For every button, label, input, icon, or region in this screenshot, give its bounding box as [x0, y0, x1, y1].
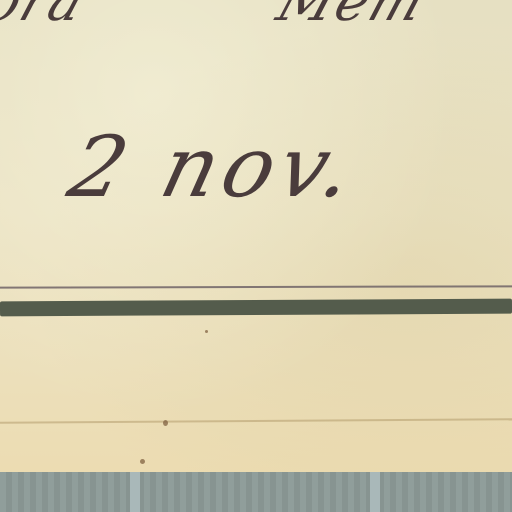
foxing-spot	[140, 459, 145, 464]
thick-rule-line	[0, 299, 512, 317]
paper-fold-crease	[0, 418, 512, 424]
handwritten-date: 2 nov.	[60, 118, 369, 216]
mount-stripe	[130, 472, 140, 512]
paper-sheet: ora Mem 2 nov.	[0, 0, 512, 472]
handwritten-fragment-right: Mem	[270, 0, 435, 33]
mounting-board	[0, 472, 512, 512]
foxing-spot	[205, 330, 208, 333]
handwritten-fragment-left: ora	[0, 0, 95, 33]
mount-stripe	[370, 472, 380, 512]
thin-rule-line	[0, 285, 512, 288]
foxing-spot	[163, 420, 168, 426]
